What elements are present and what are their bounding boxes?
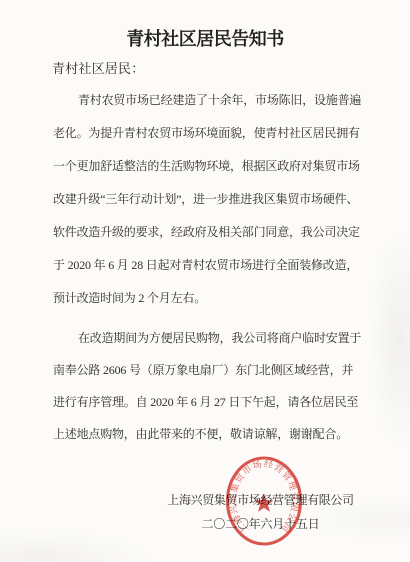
- paragraph-line: 于 2020 年 6 月 28 日起对青村农贸市场进行全面装修改造，: [53, 249, 365, 282]
- paragraph-line: 一个更加舒适整洁的生活购物环境，根据区政府对集贸市场: [53, 150, 365, 183]
- paragraph-line: 在改造期间为方便居民购物，我公司将商户临时安置于: [53, 322, 365, 354]
- signature-block: 上海兴贸集贸市场经营管理有限公司 二〇二〇年六月十五日: [167, 492, 354, 532]
- signature-date: 二〇二〇年六月十五日: [167, 516, 354, 532]
- paragraph-2: 在改造期间为方便居民购物，我公司将商户临时安置于 南奉公路 2606 号（原万象…: [53, 322, 365, 450]
- paragraph-line: 软件改造升级的要求，经政府及相关部门同意，我公司决定: [53, 216, 365, 249]
- document-title: 青村社区居民告知书: [0, 28, 410, 50]
- paragraph-line: 南奉公路 2606 号（原万象电扇厂）东门北侧区域经营，并: [53, 354, 365, 386]
- paragraph-line: 青村农贸市场已经建造了十余年，市场陈旧，设施普遍: [53, 84, 365, 117]
- paragraph-line: 上述地点购物，由此带来的不便，敬请谅解，谢谢配合。: [53, 418, 365, 450]
- salutation: 青村社区居民：: [52, 60, 144, 77]
- company-name: 上海兴贸集贸市场经营管理有限公司: [167, 492, 354, 508]
- paragraph-line: 改建升级“三年行动计划”，进一步推进我区集贸市场硬件、: [53, 183, 365, 216]
- paragraph-1: 青村农贸市场已经建造了十余年，市场陈旧，设施普遍 老化。为提升青村农贸市场环境面…: [53, 84, 365, 315]
- paragraph-line: 老化。为提升青村农贸市场环境面貌，使青村社区居民拥有: [53, 117, 365, 150]
- scanned-notice-page: 青村社区居民告知书 青村社区居民： 青村农贸市场已经建造了十余年，市场陈旧，设施…: [0, 0, 410, 562]
- paragraph-line: 进行有序管理。自 2020 年 6 月 27 日下午起，请各位居民至: [53, 386, 365, 418]
- paragraph-line: 预计改造时间为 2 个月左右。: [53, 282, 365, 315]
